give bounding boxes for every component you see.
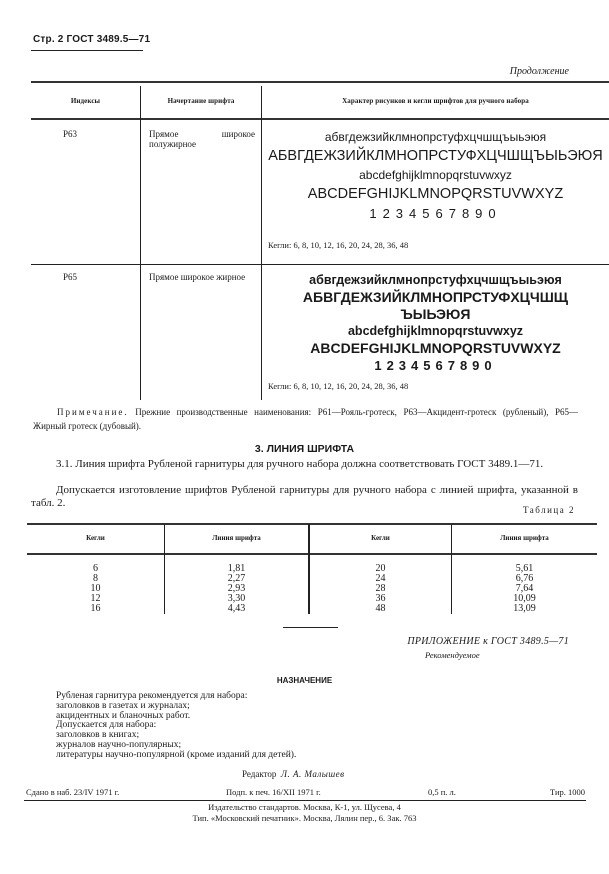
header-rule bbox=[31, 50, 143, 51]
sample-digits: 1234567890 bbox=[262, 204, 609, 223]
imprint-run: Тир. 1000 bbox=[550, 787, 585, 797]
column-header-line: Линия шрифта bbox=[165, 534, 308, 542]
table-top-rule bbox=[27, 523, 597, 525]
column-header-index: Индексы bbox=[31, 97, 140, 105]
sample-uppercase-cyrillic: АБВГДЕЖЗИЙКЛМНОПРСТУФХЦЧШЩЪЫЬЭЮЯ bbox=[262, 147, 609, 166]
appendix-text: Рубленая гарнитура рекомендуется для наб… bbox=[56, 692, 296, 761]
paragraph-3-1: 3.1. Линия шрифта Рубленой гарнитуры для… bbox=[31, 458, 578, 471]
editor-label: Редактор bbox=[242, 769, 276, 779]
sample-uppercase-latin: ABCDEFGHIJKLMNOPQRSTUVWXYZ bbox=[262, 185, 609, 204]
column-header-kegli: Кегли bbox=[310, 534, 451, 542]
continuation-label: Продолжение bbox=[510, 66, 569, 77]
paragraph-allowance: Допускается изготовление шрифтов Рублено… bbox=[31, 484, 578, 510]
sample-uppercase-cyrillic-cont: ЪЫЬЭЮЯ bbox=[262, 306, 609, 323]
row-index: Р65 bbox=[63, 272, 77, 282]
line-column-left: 1,81 2,27 2,93 3,30 4,43 bbox=[165, 564, 308, 614]
note-label: Примечание. bbox=[57, 407, 129, 417]
publisher-line-2: Тип. «Московский печатник». Москва, Ляли… bbox=[0, 813, 609, 824]
sample-uppercase-cyrillic: АБВГДЕЖЗИЙКЛМНОПРСТУФХЦЧШЩ bbox=[262, 289, 609, 306]
section-title: 3. ЛИНИЯ ШРИФТА bbox=[0, 443, 609, 455]
table-header-rule bbox=[27, 553, 597, 555]
sizes-list: Кегли: 6, 8, 10, 12, 16, 20, 24, 28, 36,… bbox=[268, 381, 408, 391]
appendix-heading: НАЗНАЧЕНИЕ bbox=[0, 676, 609, 685]
row-style: Прямое широкое полужирное bbox=[149, 129, 255, 149]
appendix-title: ПРИЛОЖЕНИЕ к ГОСТ 3489.5—71 bbox=[407, 636, 569, 647]
row-index: Р63 bbox=[63, 129, 77, 139]
sample-lowercase-cyrillic: абвгдежзийклмнопрстуфхцчшщъыьэюя bbox=[262, 128, 609, 147]
font-sample-r65: абвгдежзийклмнопрстуфхцчшщъыьэюя АБВГДЕЖ… bbox=[262, 272, 609, 374]
table-note: Примечание. Прежние производственные наи… bbox=[33, 405, 578, 433]
imprint-submitted: Сдано в наб. 23/IV 1971 г. bbox=[26, 787, 119, 797]
column-header-style: Начертание шрифта bbox=[141, 97, 261, 105]
row-style: Прямое широкое жирное bbox=[149, 272, 255, 282]
sample-digits: 1234567890 bbox=[262, 357, 609, 374]
sample-uppercase-latin: ABCDEFGHIJKLMNOPQRSTUVWXYZ bbox=[262, 340, 609, 357]
table-header-rule bbox=[31, 118, 609, 120]
column-header-kegli: Кегли bbox=[27, 534, 164, 542]
sample-lowercase-latin: abcdefghijklmnopqrstuvwxyz bbox=[262, 166, 609, 185]
editor-line: Редактор Л. А. Малышев bbox=[242, 769, 345, 779]
kegli-column-right: 20 24 28 36 48 bbox=[310, 564, 451, 614]
sample-lowercase-cyrillic: абвгдежзийклмнопрстуфхцчшщъыьэюя bbox=[262, 272, 609, 289]
column-header-line: Линия шрифта bbox=[452, 534, 597, 542]
table-top-rule bbox=[31, 81, 609, 83]
section-end-rule bbox=[283, 627, 338, 628]
editor-name: Л. А. Малышев bbox=[281, 769, 345, 779]
font-sample-r63: абвгдежзийклмнопрстуфхцчшщъыьэюя АБВГДЕЖ… bbox=[262, 128, 609, 223]
table-2-label: Таблица 2 bbox=[523, 505, 575, 515]
imprint-signed: Подп. к печ. 16/XII 1971 г. bbox=[226, 787, 321, 797]
imprint-rule bbox=[24, 800, 586, 801]
sample-lowercase-latin: abcdefghijklmnopqrstuvwxyz bbox=[262, 323, 609, 340]
page-header: Стр. 2 ГОСТ 3489.5—71 bbox=[33, 34, 150, 45]
row-divider bbox=[31, 264, 609, 265]
line-column-right: 5,61 6,76 7,64 10,09 13,09 bbox=[452, 564, 597, 614]
column-divider bbox=[140, 86, 141, 400]
publisher-line-1: Издательство стандартов. Москва, К-1, ул… bbox=[0, 802, 609, 813]
imprint-sheets: 0,5 п. л. bbox=[428, 787, 456, 797]
sizes-list: Кегли: 6, 8, 10, 12, 16, 20, 24, 28, 36,… bbox=[268, 240, 408, 250]
kegli-column-left: 6 8 10 12 16 bbox=[27, 564, 164, 614]
appendix-subtitle: Рекомендуемое bbox=[425, 650, 480, 660]
column-header-samples: Характер рисунков и кегли шрифтов для ру… bbox=[262, 97, 609, 105]
